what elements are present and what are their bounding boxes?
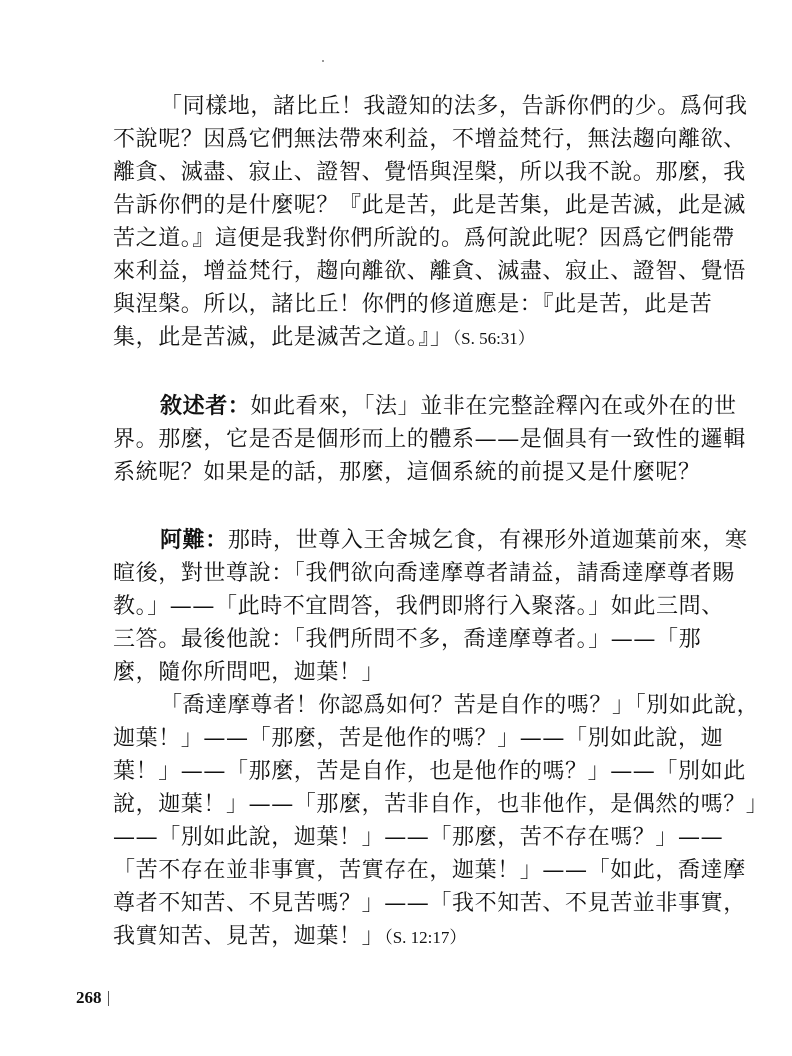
page-number: 268 bbox=[76, 988, 102, 1008]
text-line: 說，迦葉！」——「那麼，苦非自作，也非他作，是偶然的嗎？」 bbox=[113, 788, 693, 821]
text-line: 集，此是苦滅，此是滅苦之道。』」（S. 56:31） bbox=[113, 321, 693, 354]
text-line: 苦之道。』這便是我對你們所說的。爲何說此呢？因爲它們能帶 bbox=[113, 222, 693, 255]
book-page: 「同樣地，諸比丘！我證知的法多，告訴你們的少。爲何我 不說呢？因爲它們無法帶來利… bbox=[0, 0, 792, 1056]
text-line: 「喬達摩尊者！你認爲如何？苦是自作的嗎？」「別如此說， bbox=[160, 689, 693, 722]
text-line: 暄後，對世尊說：「我們欲向喬達摩尊者請益，請喬達摩尊者賜 bbox=[113, 557, 693, 590]
text-segment: 我實知苦、見苦，迦葉！」 bbox=[113, 924, 384, 949]
text-line: 告訴你們的是什麼呢？『此是苦，此是苦集，此是苦滅，此是滅 bbox=[113, 189, 693, 222]
text-line: 來利益，增益梵行，趨向離欲、離貪、滅盡、寂止、證智、覺悟 bbox=[113, 255, 693, 288]
text-line: 界。那麼，它是否是個形而上的體系——是個具有一致性的邏輯 bbox=[113, 423, 693, 456]
text-line: 系統呢？如果是的話，那麼，這個系統的前提又是什麼呢？ bbox=[113, 456, 693, 489]
text-line: 「同樣地，諸比丘！我證知的法多，告訴你們的少。爲何我 bbox=[160, 90, 693, 123]
text-segment: 如此看來，「法」並非在完整詮釋內在或外在的世 bbox=[250, 394, 736, 419]
text-line: 離貪、滅盡、寂止、證智、覺悟與涅槃，所以我不說。那麼，我 bbox=[113, 156, 693, 189]
text-line: 阿難：那時，世尊入王舍城乞食，有裸形外道迦葉前來，寒 bbox=[160, 524, 693, 557]
text-line: 三答。最後他說：「我們所問不多，喬達摩尊者。」——「那 bbox=[113, 623, 693, 656]
text-line: 教。」——「此時不宜問答，我們即將行入聚落。」如此三問、 bbox=[113, 590, 693, 623]
speaker-label: 敘述者： bbox=[160, 393, 250, 419]
text-segment: 那時，世尊入王舍城乞食，有裸形外道迦葉前來，寒 bbox=[228, 528, 748, 553]
text-line: 敘述者：如此看來，「法」並非在完整詮釋內在或外在的世 bbox=[160, 390, 693, 423]
text-line: 迦葉！」——「那麼，苦是他作的嗎？」——「別如此說，迦 bbox=[113, 722, 693, 755]
text-line: 「苦不存在並非事實，苦實存在，迦葉！」——「如此，喬達摩 bbox=[113, 854, 693, 887]
text-line: 尊者不知苦、不見苦嗎？」——「我不知苦、不見苦並非事實， bbox=[113, 887, 693, 920]
scan-speck bbox=[322, 60, 324, 62]
text-line: 不說呢？因爲它們無法帶來利益，不增益梵行，無法趨向離欲、 bbox=[113, 123, 693, 156]
text-line: 麼，隨你所問吧，迦葉！」 bbox=[113, 656, 693, 689]
page-number-divider bbox=[108, 991, 109, 1006]
text-segment: 集，此是苦滅，此是滅苦之道。』」 bbox=[113, 325, 453, 350]
text-line: 葉！」——「那麼，苦是自作，也是他作的嗎？」——「別如此 bbox=[113, 755, 693, 788]
text-line: 與涅槃。所以，諸比丘！你們的修道應是：『此是苦，此是苦 bbox=[113, 288, 693, 321]
text-line: 我實知苦、見苦，迦葉！」（S. 12:17） bbox=[113, 920, 693, 953]
text-line: ——「別如此說，迦葉！」——「那麼，苦不存在嗎？」—— bbox=[113, 821, 693, 854]
citation: （S. 56:31） bbox=[453, 329, 535, 348]
speaker-label: 阿難： bbox=[160, 527, 228, 553]
citation: （S. 12:17） bbox=[384, 928, 466, 947]
